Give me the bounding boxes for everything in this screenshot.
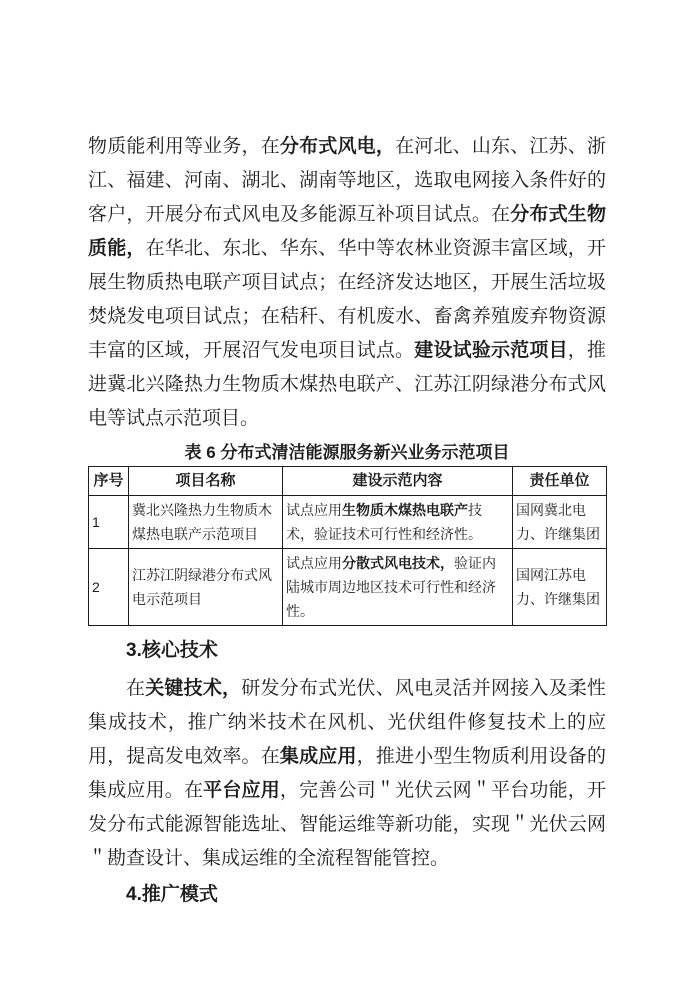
paragraph-core-technology: 在关键技术，研发分布式光伏、风电灵活并网接入及柔性集成技术，推广纳米技术在风机、… (88, 672, 606, 876)
heading-promotion-mode: 4.推广模式 (88, 882, 606, 908)
row1-construction-content: 试点应用生物质木煤热电联产技术，验证技术可行性和经济性。 (283, 496, 513, 549)
row1-responsible-unit: 国网冀北电力、许继集团 (513, 496, 607, 549)
header-construction-content: 建设示范内容 (283, 467, 513, 496)
row2-project-name: 江苏江阴绿港分布式风电示范项目 (129, 549, 283, 626)
row2-serial-number: 2 (89, 549, 129, 626)
row1-project-name: 冀北兴隆热力生物质木煤热电联产示范项目 (129, 496, 283, 549)
header-responsible-unit: 责任单位 (513, 467, 607, 496)
table-row: 2 江苏江阴绿港分布式风电示范项目 试点应用分散式风电技术，验证内陆城市周边地区… (89, 549, 607, 626)
paragraph-distributed-energy: 物质能利用等业务，在分布式风电，在河北、山东、江苏、浙江、福建、河南、湖北、湖南… (88, 130, 606, 436)
row2-construction-content: 试点应用分散式风电技术，验证内陆城市周边地区技术可行性和经济性。 (283, 549, 513, 626)
table-caption: 表 6 分布式清洁能源服务新兴业务示范项目 (88, 440, 606, 466)
document-page: 物质能利用等业务，在分布式风电，在河北、山东、江苏、浙江、福建、河南、湖北、湖南… (0, 0, 694, 982)
header-project-name: 项目名称 (129, 467, 283, 496)
row1-serial-number: 1 (89, 496, 129, 549)
demo-projects-table: 序号 项目名称 建设示范内容 责任单位 1 冀北兴隆热力生物质木煤热电联产示范项… (88, 466, 607, 626)
table-header-row: 序号 项目名称 建设示范内容 责任单位 (89, 467, 607, 496)
table-row: 1 冀北兴隆热力生物质木煤热电联产示范项目 试点应用生物质木煤热电联产技术，验证… (89, 496, 607, 549)
heading-core-technology: 3.核心技术 (88, 638, 606, 664)
row2-responsible-unit: 国网江苏电力、许继集团 (513, 549, 607, 626)
header-serial-number: 序号 (89, 467, 129, 496)
